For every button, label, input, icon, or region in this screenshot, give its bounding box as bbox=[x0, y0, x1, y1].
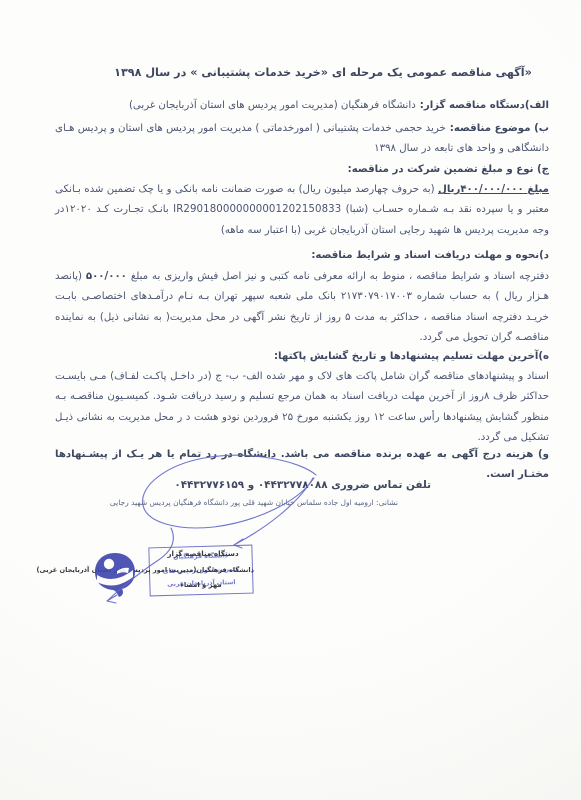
university-logo-stamp bbox=[92, 551, 138, 599]
section-d-text1: دفترچه اسناد و شرایط مناقصه ، منوط به ار… bbox=[131, 271, 549, 282]
scanned-tender-document: «آگهی مناقصه عمومی یک مرحله ای «خرید خدم… bbox=[0, 0, 581, 800]
section-d-body: دفترچه اسناد و شرایط مناقصه ، منوط به ار… bbox=[55, 267, 549, 349]
section-a: الف)دستگاه مناقصه گزار:دانشگاه فرهنگیان … bbox=[55, 96, 549, 116]
section-a-label: الف)دستگاه مناقصه گزار: bbox=[420, 100, 549, 111]
emergency-phone-line: تلفن تماس ضروری ۰۴۴۳۲۷۷۸۰۸۸ و ۰۴۴۳۲۷۷۶۱۵… bbox=[174, 479, 431, 491]
fee-amount: ۵۰۰/۰۰۰ bbox=[86, 271, 127, 282]
tender-title: «آگهی مناقصه عمومی یک مرحله ای «خرید خدم… bbox=[90, 66, 556, 79]
section-d-heading: د)نحوه و مهلت دریافت اسناد و شرایط مناقص… bbox=[55, 246, 549, 266]
section-b-label: ب) موضوع مناقصه: bbox=[450, 123, 549, 134]
guarantee-amount: مبلغ ۴۰۰/۰۰۰/۰۰۰ریال bbox=[438, 184, 549, 195]
address-line: نشانی: ارومیه اول جاده سلماس خیابان شهید… bbox=[110, 498, 398, 507]
printed-tenderer-label: دستگاه مناقصه گزار bbox=[153, 549, 253, 558]
section-e-heading: ه)آخرین مهلت تسلیم پیشنهادها و تاریخ گشا… bbox=[55, 347, 549, 367]
printed-seal-signature-label: مهر و امضاء bbox=[168, 581, 234, 589]
section-a-text: دانشگاه فرهنگیان (مدیریت امور پردیس های … bbox=[129, 100, 416, 111]
section-c-body: مبلغ ۴۰۰/۰۰۰/۰۰۰ریال (به حروف چهارصد میل… bbox=[55, 180, 549, 241]
section-b: ب) موضوع مناقصه:خرید حجمی خدمات پشتیبانی… bbox=[55, 119, 549, 160]
section-e-body: اسناد و پیشنهادهای مناقصه گران شامل پاکت… bbox=[55, 367, 549, 449]
section-c-heading: ج) نوع و مبلغ تضمین شرکت در مناقصه: bbox=[55, 160, 549, 180]
